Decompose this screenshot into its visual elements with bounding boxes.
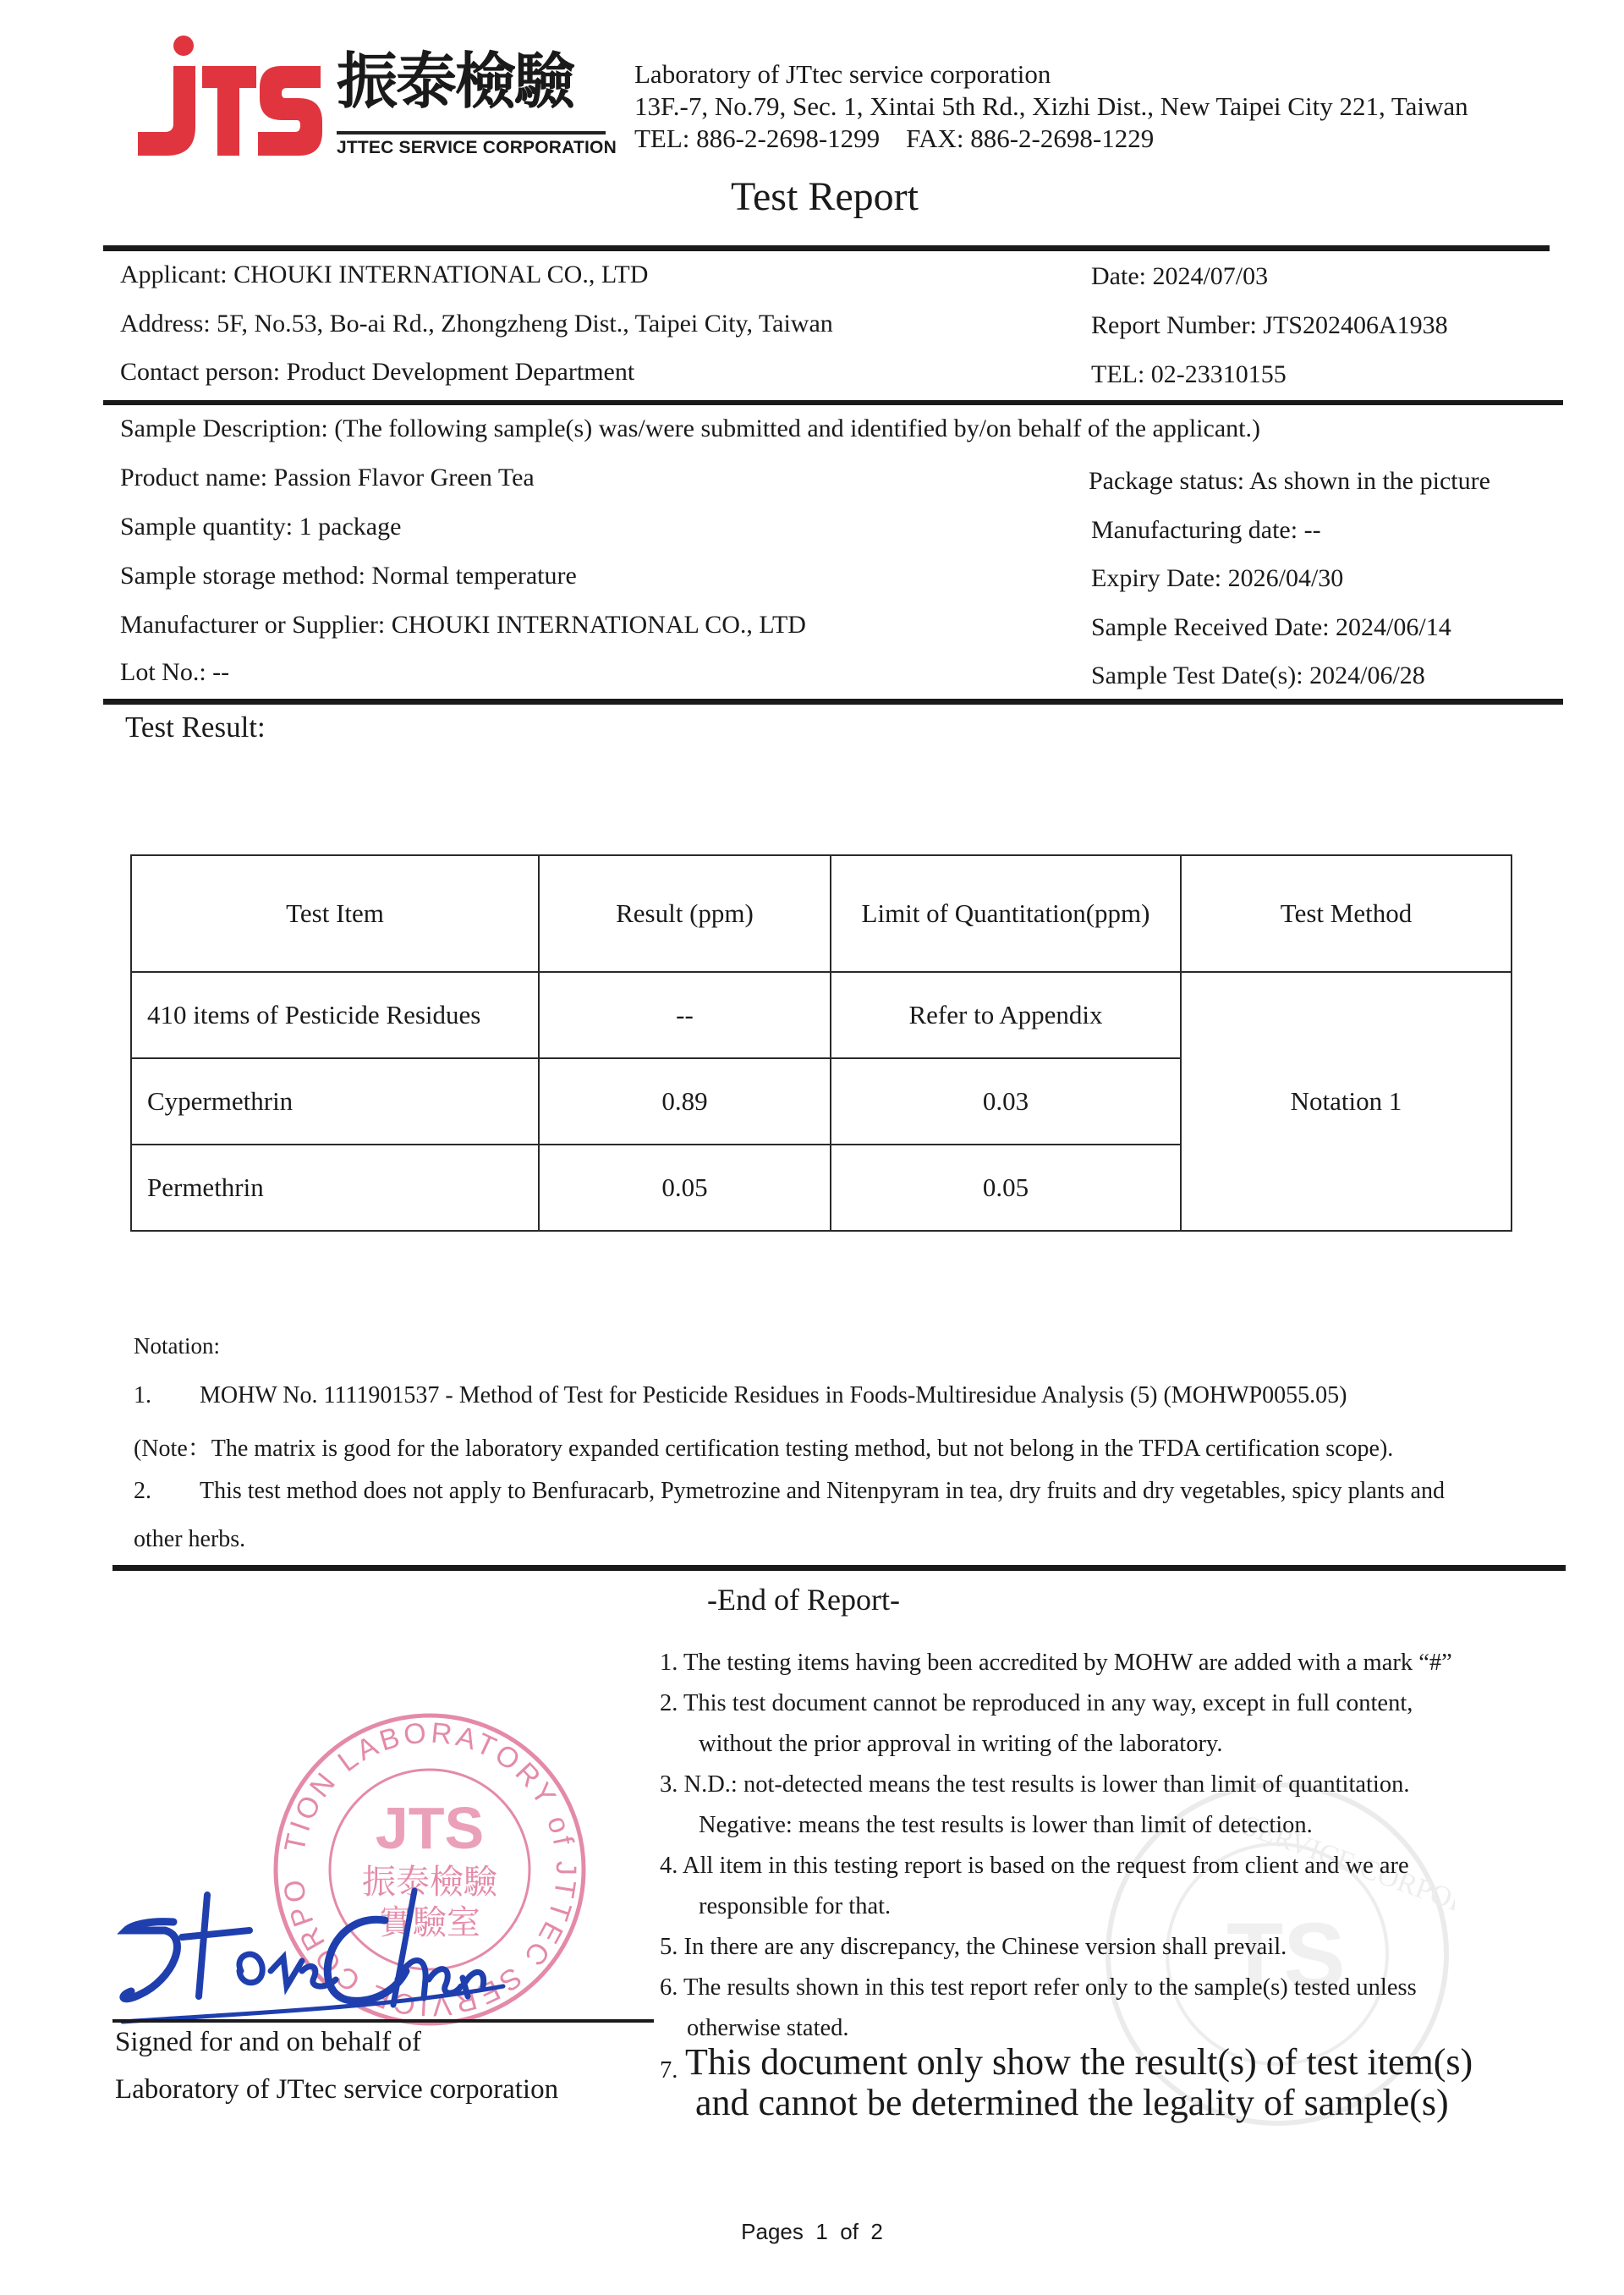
- applicant-tel: TEL: 02-23310155: [1091, 360, 1287, 389]
- logo-chinese-name: 振泰檢驗: [337, 51, 573, 112]
- lab-address: 13F.-7, No.79, Sec. 1, Xintai 5th Rd., X…: [634, 91, 1468, 122]
- cell-item: Permethrin: [131, 1145, 539, 1231]
- notation-2-number: 2.: [134, 1478, 151, 1505]
- footnote-2: 2. This test document cannot be reproduc…: [660, 1690, 1413, 1717]
- cell-result: --: [539, 972, 831, 1058]
- header-test-method: Test Method: [1181, 855, 1512, 972]
- cell-test-method: Notation 1: [1181, 972, 1512, 1231]
- signed-lab-name: Laboratory of JTtec service corporation: [115, 2074, 558, 2106]
- report-title: Test Report: [0, 173, 1624, 220]
- test-result-label: Test Result:: [125, 711, 266, 744]
- cell-item: Cypermethrin: [131, 1058, 539, 1145]
- sample-description: Sample Description: (The following sampl…: [120, 415, 1260, 443]
- report-number: Report Number: JTS202406A1938: [1091, 311, 1448, 340]
- footnote-6: 6. The results shown in this test report…: [660, 1974, 1417, 2001]
- header-test-item: Test Item: [131, 855, 539, 972]
- cell-result: 0.89: [539, 1058, 831, 1145]
- notation-2-continued: other herbs.: [134, 1526, 245, 1553]
- footnote-3: 3. N.D.: not-detected means the test res…: [660, 1771, 1409, 1798]
- footnote-4: 4. All item in this testing report is ba…: [660, 1853, 1409, 1880]
- footnote-2-continued: without the prior approval in writing of…: [699, 1731, 1222, 1758]
- notation-1-text: MOHW No. 1111901537 - Method of Test for…: [200, 1382, 1347, 1409]
- footnote-7-number: 7.: [660, 2057, 678, 2084]
- table-row: 410 items of Pesticide Residues -- Refer…: [131, 972, 1512, 1058]
- applicant: Applicant: CHOUKI INTERNATIONAL CO., LTD: [120, 261, 648, 289]
- footnote-5: 5. In there are any discrepancy, the Chi…: [660, 1934, 1287, 1961]
- jts-logo: [131, 32, 326, 159]
- notation-note: (Note：The matrix is good for the laborat…: [134, 1430, 1393, 1463]
- cell-result: 0.05: [539, 1145, 831, 1231]
- received-date: Sample Received Date: 2024/06/14: [1091, 613, 1451, 642]
- footnote-7: This document only show the result(s) of…: [685, 2040, 1473, 2084]
- header-result: Result (ppm): [539, 855, 831, 972]
- product-name: Product name: Passion Flavor Green Tea: [120, 464, 535, 492]
- footnote-6-continued: otherwise stated.: [687, 2015, 849, 2042]
- notation-1-number: 1.: [134, 1382, 151, 1409]
- end-of-report: -End of Report-: [707, 1582, 900, 1617]
- cell-loq: 0.05: [831, 1145, 1181, 1231]
- footnote-1: 1. The testing items having been accredi…: [660, 1650, 1452, 1677]
- package-status: Package status: As shown in the picture: [1089, 467, 1490, 496]
- footnote-7-continued: and cannot be determined the legality of…: [695, 2081, 1449, 2124]
- manufacturing-date: Manufacturing date: --: [1091, 516, 1321, 545]
- rule-notation: [112, 1565, 1566, 1571]
- logo-divider: [337, 131, 606, 135]
- footnote-4-continued: responsible for that.: [699, 1893, 891, 1920]
- rule-top: [103, 245, 1550, 251]
- cell-loq: Refer to Appendix: [831, 972, 1181, 1058]
- lot-number: Lot No.: --: [120, 658, 229, 687]
- svg-text:JTS: JTS: [376, 1795, 484, 1861]
- lab-contact: TEL: 886-2-2698-1299 FAX: 886-2-2698-122…: [634, 124, 1154, 154]
- test-dates: Sample Test Date(s): 2024/06/28: [1091, 662, 1425, 690]
- table-header-row: Test Item Result (ppm) Limit of Quantita…: [131, 855, 1512, 972]
- signature-stone-chen: [114, 1886, 512, 2030]
- manufacturer: Manufacturer or Supplier: CHOUKI INTERNA…: [120, 611, 806, 640]
- header-loq: Limit of Quantitation(ppm): [831, 855, 1181, 972]
- notation-label: Notation:: [134, 1333, 220, 1359]
- lab-name: Laboratory of JTtec service corporation: [634, 59, 1051, 90]
- logo-english-name: JTTEC SERVICE CORPORATION: [337, 138, 617, 158]
- footnote-3-continued: Negative: means the test results is lowe…: [699, 1812, 1313, 1839]
- rule-applicant: [103, 400, 1563, 405]
- results-table: Test Item Result (ppm) Limit of Quantita…: [130, 854, 1512, 1232]
- cell-loq: 0.03: [831, 1058, 1181, 1145]
- signed-on-behalf: Signed for and on behalf of: [115, 2027, 421, 2058]
- notation-2-text: This test method does not apply to Benfu…: [200, 1478, 1445, 1505]
- sample-quantity: Sample quantity: 1 package: [120, 513, 401, 541]
- applicant-address: Address: 5F, No.53, Bo-ai Rd., Zhongzhen…: [120, 310, 833, 338]
- expiry-date: Expiry Date: 2026/04/30: [1091, 564, 1343, 593]
- signature-line: [112, 2019, 654, 2023]
- sample-storage: Sample storage method: Normal temperatur…: [120, 562, 577, 590]
- rule-sample: [103, 699, 1563, 705]
- cell-item: 410 items of Pesticide Residues: [131, 972, 539, 1058]
- page-number: Pages 1 of 2: [0, 2219, 1624, 2245]
- report-date: Date: 2024/07/03: [1091, 262, 1268, 291]
- contact-person: Contact person: Product Development Depa…: [120, 358, 634, 387]
